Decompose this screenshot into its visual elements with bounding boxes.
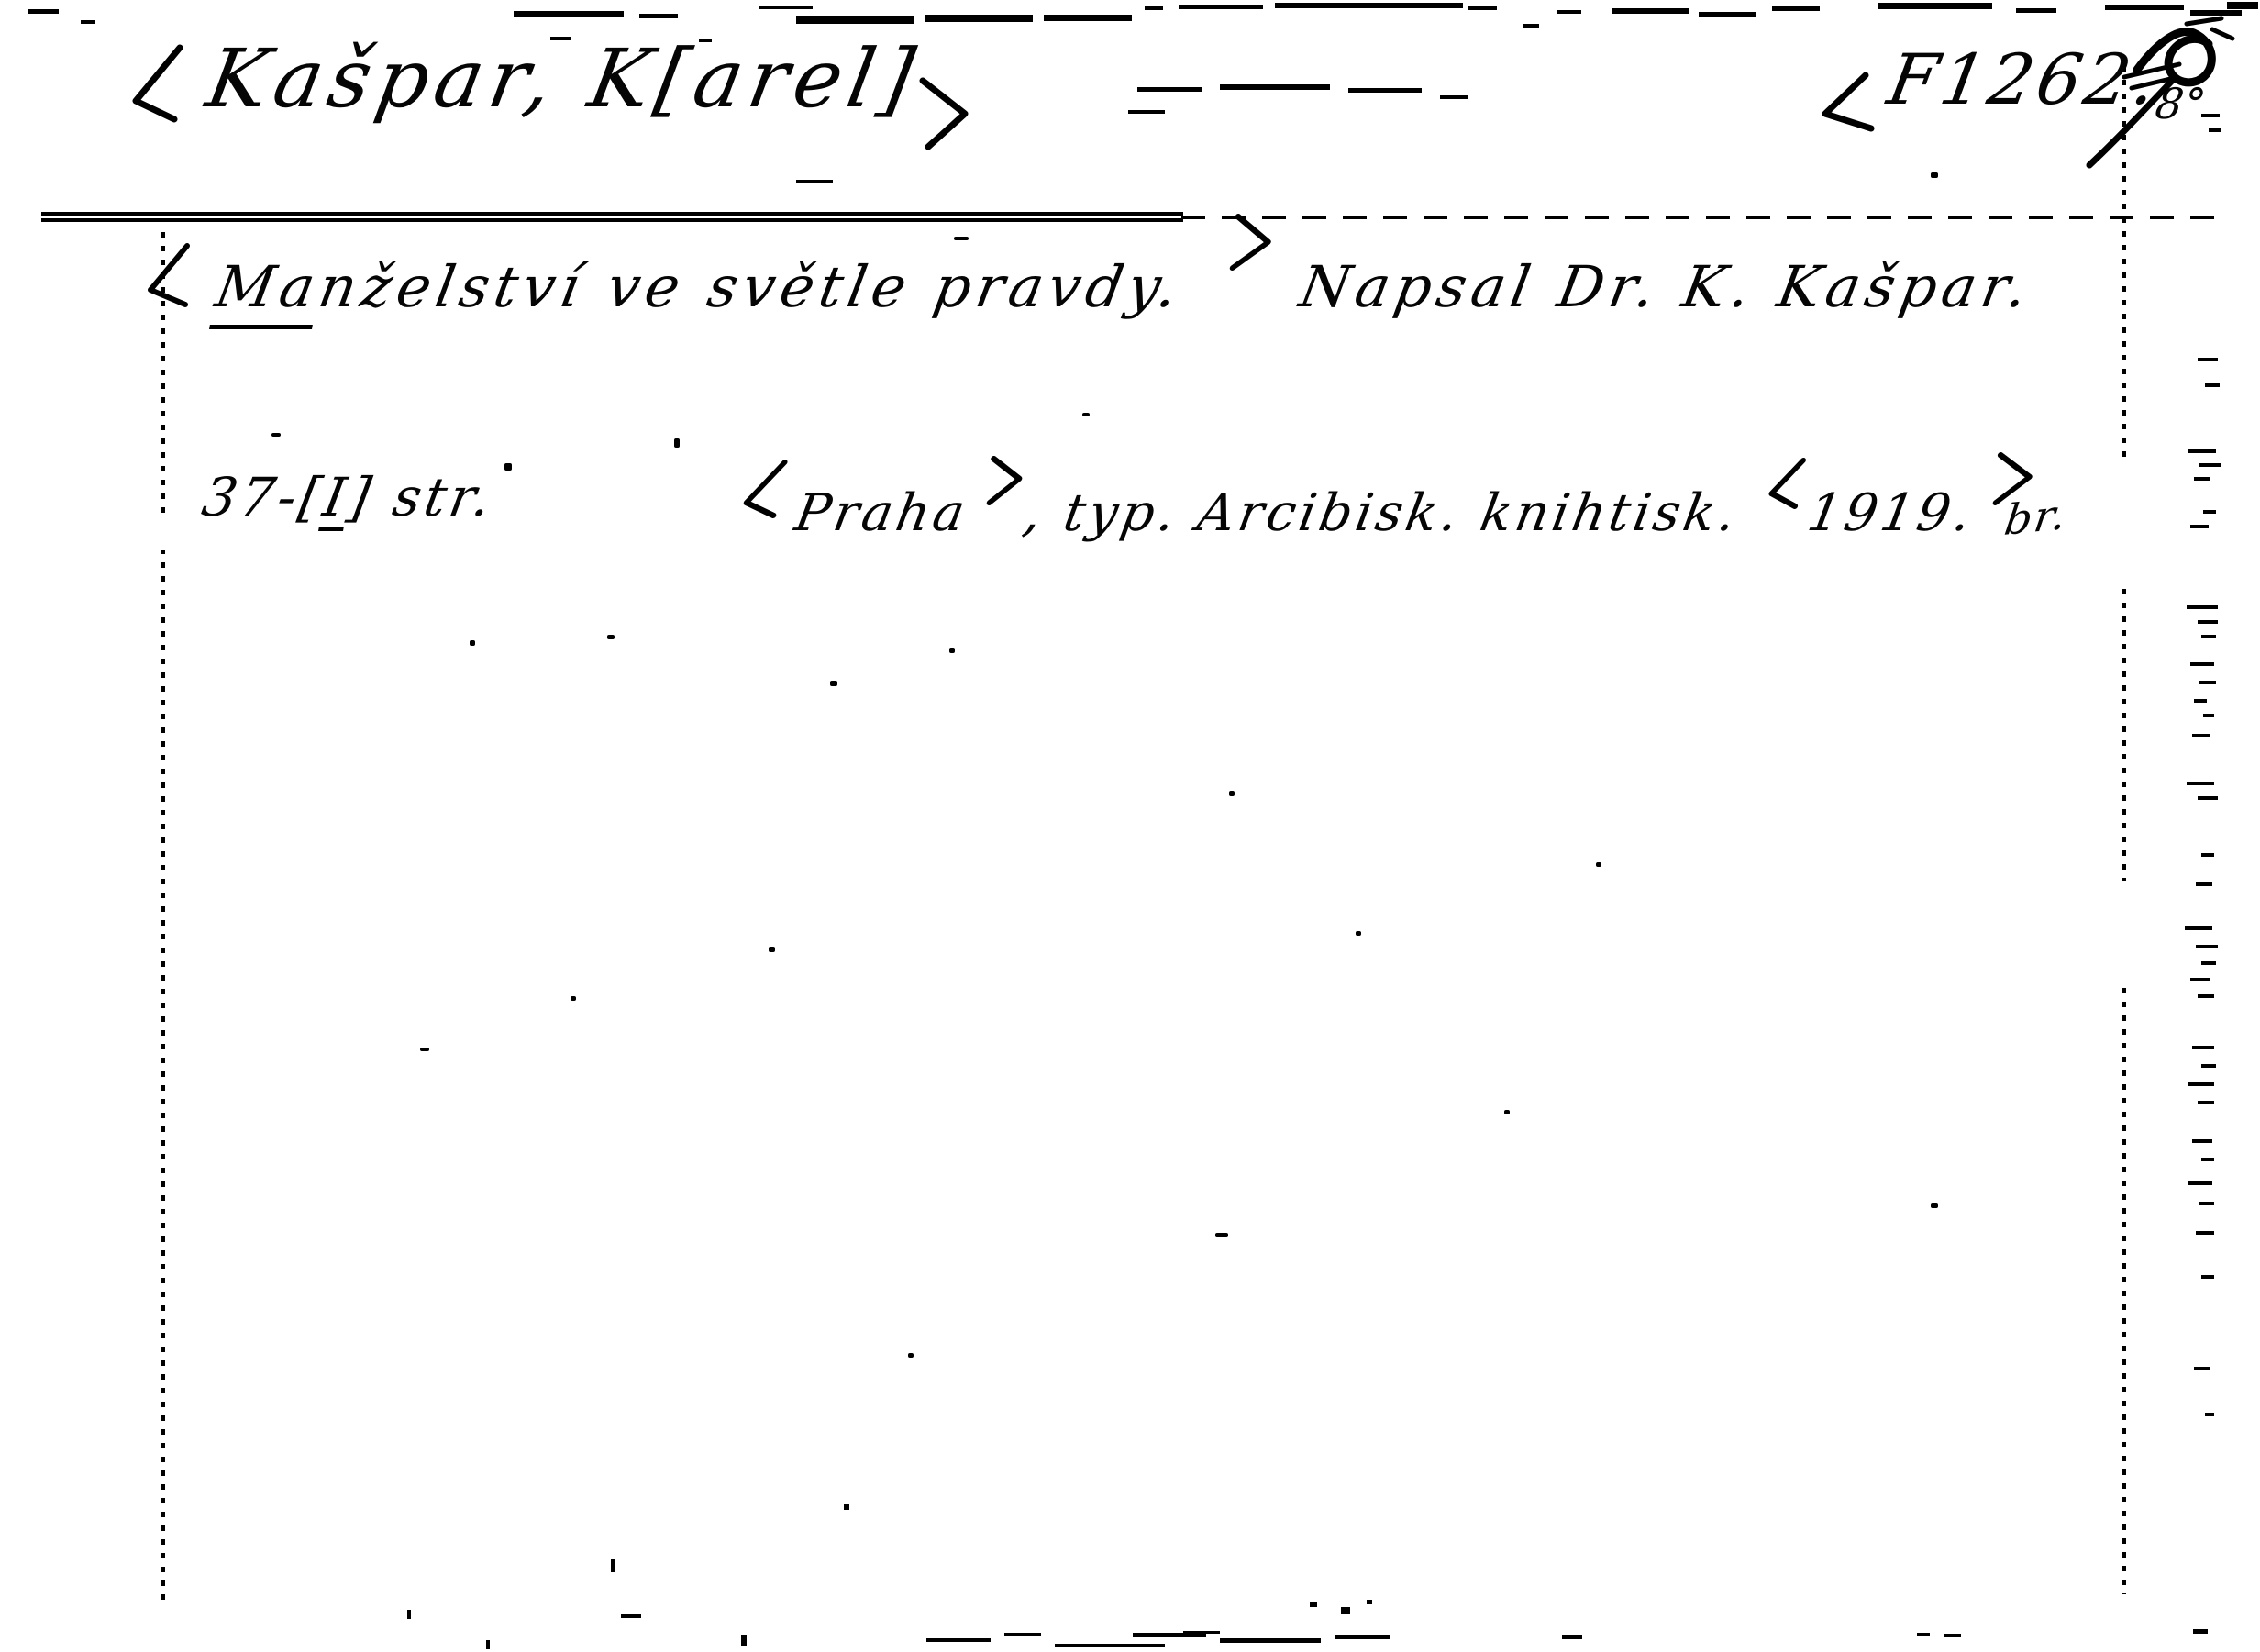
- scan-speck: [1504, 1110, 1510, 1114]
- scan-speck: [2198, 796, 2218, 800]
- imprint-publisher: , typ. Arcibisk. knihtisk.: [1019, 483, 1744, 543]
- scan-speck: [2199, 463, 2221, 467]
- scan-speck: [769, 947, 775, 952]
- scan-speck: [2199, 681, 2216, 684]
- insertion-mark-left-icon: [1762, 457, 1813, 517]
- collation-statement: 37-[I] str.: [197, 466, 499, 531]
- scan-speck: [2209, 128, 2221, 132]
- scan-speck: [2188, 1181, 2212, 1185]
- scan-speck: [1931, 172, 1938, 178]
- scan-speck: [1145, 6, 1163, 10]
- scan-speck: [2201, 853, 2214, 857]
- scan-speck: [1931, 1203, 1938, 1208]
- scan-speck: [2192, 1139, 2212, 1143]
- scan-speck: [1137, 87, 1202, 92]
- scan-speck: [2201, 1275, 2214, 1279]
- title-line: Manželství ve světle pravdy. Napsal Dr. …: [209, 244, 2040, 329]
- scan-speck: [470, 640, 475, 646]
- insertion-mark-right-icon: [981, 453, 1030, 508]
- scan-speck: [2194, 477, 2210, 481]
- insertion-mark-right-icon: [917, 73, 976, 156]
- insertion-mark-right-icon: [1224, 211, 1281, 273]
- scan-speck: [1348, 88, 1422, 93]
- scan-speck: [2198, 994, 2214, 998]
- scan-speck: [1220, 1638, 1321, 1643]
- scan-speck: [2192, 734, 2210, 737]
- scan-speck: [796, 16, 914, 24]
- scan-speck: [1440, 95, 1468, 99]
- scan-speck: [504, 463, 512, 471]
- scan-speck: [2205, 383, 2220, 387]
- scan-speck: [2203, 714, 2214, 717]
- scan-speck: [1557, 10, 1581, 14]
- scan-speck: [1220, 84, 1330, 90]
- scan-speck: [674, 438, 680, 448]
- scan-speck: [1341, 1607, 1350, 1614]
- scan-speck: [1917, 1633, 1930, 1636]
- scan-speck: [1699, 12, 1756, 17]
- binding-note: br.: [2001, 489, 2071, 545]
- scan-speck: [1335, 1635, 1390, 1639]
- scan-speck: [908, 1353, 914, 1358]
- scan-speck: [1468, 6, 1497, 10]
- scan-speck: [2205, 1413, 2214, 1416]
- imprint-year: 1919.: [1803, 483, 1979, 543]
- scan-speck: [1082, 413, 1090, 416]
- scan-speck: [607, 635, 615, 639]
- scan-speck: [699, 39, 712, 42]
- scan-speck: [81, 20, 95, 24]
- scan-speck: [514, 11, 624, 17]
- scan-speck: [611, 1559, 615, 1572]
- scan-speck: [1275, 3, 1463, 8]
- scan-speck: [2190, 10, 2242, 16]
- scan-speck: [741, 1635, 747, 1646]
- scan-speck: [2194, 1367, 2210, 1370]
- scan-speck: [2198, 358, 2218, 361]
- scan-speck: [2188, 449, 2216, 453]
- heading-author: Kašpar, K[arel]: [200, 31, 927, 126]
- scan-speck: [2201, 114, 2220, 117]
- scan-speck: [2198, 1101, 2214, 1104]
- scan-speck: [759, 6, 813, 9]
- scan-speck: [2188, 1082, 2214, 1086]
- dotted-line-gap: [160, 514, 167, 550]
- scan-speck: [2201, 635, 2216, 638]
- scan-speck: [1772, 6, 1820, 11]
- scan-speck: [1215, 1233, 1228, 1237]
- scan-speck: [2227, 2, 2258, 9]
- scan-speck: [844, 1504, 849, 1510]
- scan-speck: [1229, 791, 1235, 796]
- right-margin-dotted-line: [2122, 66, 2126, 1594]
- scan-speck: [271, 433, 281, 437]
- scan-speck: [1310, 1602, 1317, 1607]
- scan-speck: [1179, 5, 1263, 9]
- ink-smudge: [2084, 11, 2240, 176]
- scan-speck: [1183, 1631, 1220, 1634]
- scan-speck: [2190, 978, 2210, 981]
- scan-speck: [2198, 620, 2218, 624]
- scan-speck: [28, 9, 59, 14]
- dotted-line-gap: [2121, 881, 2128, 981]
- scan-speck: [949, 648, 955, 653]
- scan-speck: [2105, 5, 2184, 10]
- responsibility-statement: Napsal Dr. K. Kašpar.: [1295, 253, 2038, 320]
- insertion-mark-left-icon: [1818, 72, 1882, 145]
- scan-speck: [1128, 110, 1165, 114]
- scan-speck: [2201, 961, 2216, 965]
- scan-speck: [2192, 1046, 2214, 1049]
- scan-speck: [1612, 8, 1689, 14]
- scan-speck: [2187, 782, 2214, 785]
- catalog-card: Kašpar, K[arel] F1262. 8° Manželství ve …: [0, 0, 2260, 1652]
- scan-speck: [925, 15, 1033, 22]
- scan-speck: [2190, 662, 2214, 666]
- insertion-mark-left-icon: [128, 44, 194, 136]
- heading-rule-dashed: [1181, 216, 2220, 219]
- imprint-place: Praha: [791, 483, 973, 543]
- scan-speck: [830, 681, 837, 686]
- collation-pages: 37-[: [198, 466, 330, 528]
- left-margin-dotted-line: [161, 232, 165, 1601]
- scan-speck: [926, 1638, 991, 1642]
- scan-speck: [2194, 699, 2207, 703]
- scan-speck: [2193, 1629, 2208, 1634]
- heading-stray-underline: [796, 180, 833, 183]
- scan-speck: [1596, 862, 1601, 867]
- scan-speck: [571, 996, 576, 1001]
- insertion-mark-left-icon: [736, 459, 796, 530]
- scan-speck: [621, 1614, 641, 1618]
- scan-speck: [2190, 525, 2209, 528]
- scan-speck: [2185, 926, 2212, 930]
- scan-speck: [2201, 1064, 2216, 1068]
- scan-speck: [1004, 1633, 1041, 1636]
- title-lead-underlined: Ma: [209, 259, 325, 329]
- scan-speck: [550, 37, 571, 40]
- dotted-line-gap: [2121, 463, 2128, 582]
- title-text: nželství ve světle pravdy.: [314, 253, 1188, 320]
- scan-speck: [1562, 1635, 1582, 1639]
- imprint-line: Praha , typ. Arcibisk. knihtisk. 1919.: [734, 459, 2044, 543]
- heading-rule-solid: [41, 212, 1183, 223]
- scan-speck: [954, 237, 969, 240]
- insertion-mark-left-icon: [145, 242, 202, 321]
- scan-speck: [1044, 15, 1132, 21]
- scan-speck: [486, 1640, 490, 1649]
- scan-speck: [2016, 8, 2056, 13]
- collation-suffix: ] str.: [343, 466, 499, 528]
- scan-speck: [1055, 1644, 1165, 1647]
- scan-speck: [1356, 931, 1361, 936]
- scan-speck: [2196, 882, 2212, 886]
- scan-speck: [407, 1610, 411, 1619]
- scan-speck: [2201, 1158, 2214, 1161]
- scan-speck: [1878, 3, 1992, 9]
- scan-speck: [1523, 24, 1539, 28]
- scan-speck: [1944, 1634, 1961, 1637]
- scan-speck: [2187, 605, 2218, 609]
- scan-speck: [2196, 1231, 2214, 1235]
- scan-speck: [2203, 510, 2216, 514]
- scan-speck: [1367, 1600, 1372, 1604]
- scan-speck: [420, 1048, 429, 1051]
- scan-speck: [2199, 1202, 2214, 1205]
- scan-speck: [2196, 945, 2218, 948]
- scan-speck: [639, 14, 678, 18]
